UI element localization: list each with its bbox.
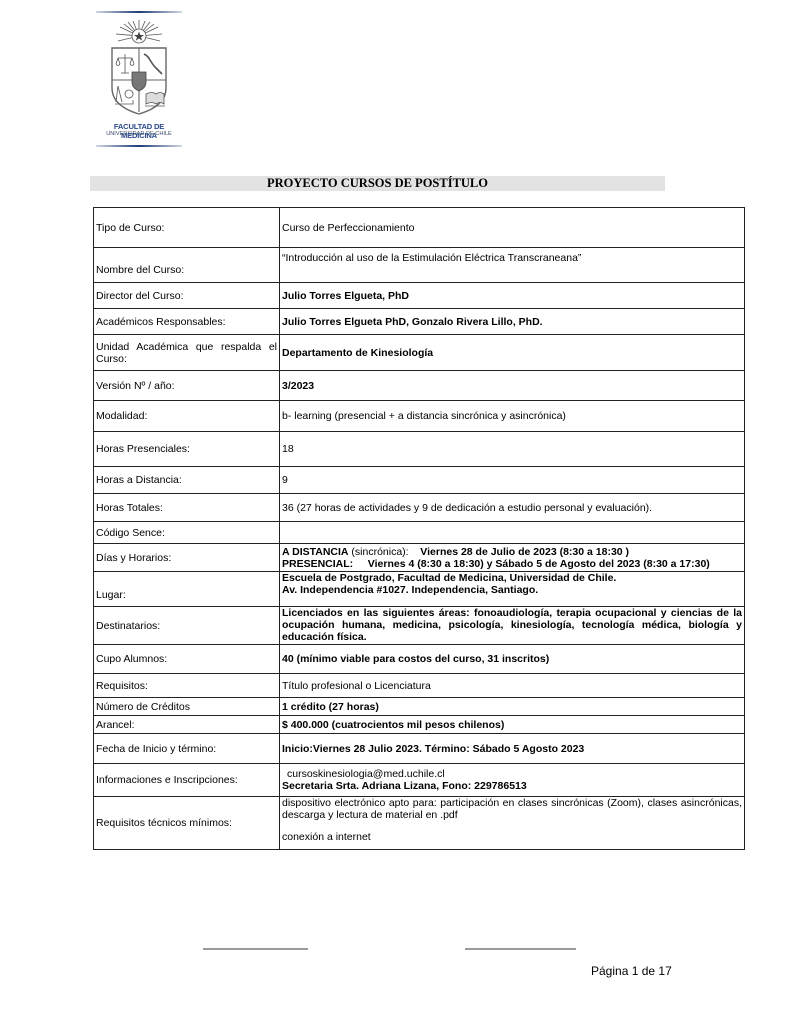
row-label: Tipo de Curso:: [94, 208, 280, 248]
location-value: Escuela de Postgrado, Facultad de Medici…: [280, 572, 745, 607]
table-row: Horas Presenciales: 18: [94, 432, 745, 467]
row-value: Julio Torres Elgueta, PhD: [280, 283, 745, 309]
logo-top-rule: [96, 11, 182, 13]
row-label: Unidad Académica que respalda el Curso:: [94, 335, 280, 371]
row-value: 3/2023: [280, 371, 745, 401]
contact-email[interactable]: cursoskinesiologia@med.uchile.cl: [282, 768, 742, 780]
logo-bottom-rule: [96, 145, 182, 147]
university-crest-icon: [106, 18, 172, 118]
row-label: Nombre del Curso:: [94, 248, 280, 283]
table-row: Nombre del Curso: “Introducción al uso d…: [94, 248, 745, 283]
row-label: Destinatarios:: [94, 607, 280, 645]
table-row: Unidad Académica que respalda el Curso: …: [94, 335, 745, 371]
schedule-in-person: PRESENCIAL: Viernes 4 (8:30 a 18:30) y S…: [282, 558, 742, 570]
row-label: Arancel:: [94, 716, 280, 734]
university-name: UNIVERSIDAD DE CHILE: [96, 131, 182, 137]
table-row: Modalidad: b- learning (presencial + a d…: [94, 401, 745, 432]
table-row: Académicos Responsables: Julio Torres El…: [94, 309, 745, 335]
row-label: Fecha de Inicio y término:: [94, 734, 280, 764]
row-value: 36 (27 horas de actividades y 9 de dedic…: [280, 494, 745, 522]
row-label: Versión Nº / año:: [94, 371, 280, 401]
row-value: 1 crédito (27 horas): [280, 698, 745, 716]
row-value: Curso de Perfeccionamiento: [280, 208, 745, 248]
table-row: Código Sence:: [94, 522, 745, 544]
row-value: Inicio:Viernes 28 Julio 2023. Término: S…: [280, 734, 745, 764]
row-value: b- learning (presencial + a distancia si…: [280, 401, 745, 432]
signature-line-right: [465, 948, 576, 950]
row-label: Académicos Responsables:: [94, 309, 280, 335]
row-value: 9: [280, 467, 745, 494]
row-value: 18: [280, 432, 745, 467]
row-value: Título profesional o Licenciatura: [280, 674, 745, 698]
row-label: Lugar:: [94, 572, 280, 607]
contact-value: cursoskinesiologia@med.uchile.cl Secreta…: [280, 764, 745, 797]
row-value: Julio Torres Elgueta PhD, Gonzalo Rivera…: [280, 309, 745, 335]
row-value: Licenciados en las siguientes áreas: fon…: [280, 607, 745, 645]
row-label: Horas Presenciales:: [94, 432, 280, 467]
table-row: Días y Horarios: A DISTANCIA (sincrónica…: [94, 544, 745, 572]
row-value: [280, 522, 745, 544]
row-label: Cupo Alumnos:: [94, 645, 280, 674]
row-label: Requisitos:: [94, 674, 280, 698]
row-value: Departamento de Kinesiología: [280, 335, 745, 371]
contact-secretary: Secretaria Srta. Adriana Lizana, Fono: 2…: [282, 780, 742, 792]
table-row: Arancel: $ 400.000 (cuatrocientos mil pe…: [94, 716, 745, 734]
table-row: Tipo de Curso: Curso de Perfeccionamient…: [94, 208, 745, 248]
row-label: Informaciones e Inscripciones:: [94, 764, 280, 797]
schedule-distance: A DISTANCIA (sincrónica): Viernes 28 de …: [282, 546, 742, 558]
row-value: 40 (mínimo viable para costos del curso,…: [280, 645, 745, 674]
table-row: Horas Totales: 36 (27 horas de actividad…: [94, 494, 745, 522]
table-row: Número de Créditos 1 crédito (27 horas): [94, 698, 745, 716]
table-row: Lugar: Escuela de Postgrado, Facultad de…: [94, 572, 745, 607]
course-info-table: Tipo de Curso: Curso de Perfeccionamient…: [93, 207, 745, 850]
table-row: Destinatarios: Licenciados en las siguie…: [94, 607, 745, 645]
table-row: Director del Curso: Julio Torres Elgueta…: [94, 283, 745, 309]
table-row: Fecha de Inicio y término: Inicio:Vierne…: [94, 734, 745, 764]
document-title: PROYECTO CURSOS DE POSTÍTULO: [90, 176, 665, 191]
row-value: “Introducción al uso de la Estimulación …: [280, 248, 745, 283]
tech-requirements-value: dispositivo electrónico apto para: parti…: [280, 797, 745, 850]
row-label: Horas Totales:: [94, 494, 280, 522]
row-label: Requisitos técnicos mínimos:: [94, 797, 280, 850]
row-label: Modalidad:: [94, 401, 280, 432]
table-row: Horas a Distancia: 9: [94, 467, 745, 494]
row-label: Código Sence:: [94, 522, 280, 544]
row-value: $ 400.000 (cuatrocientos mil pesos chile…: [280, 716, 745, 734]
signature-line-left: [203, 948, 308, 950]
table-row: Requisitos técnicos mínimos: dispositivo…: [94, 797, 745, 850]
schedule-value: A DISTANCIA (sincrónica): Viernes 28 de …: [280, 544, 745, 572]
faculty-logo: FACULTAD DE MEDICINA UNIVERSIDAD DE CHIL…: [96, 10, 182, 148]
row-label: Número de Créditos: [94, 698, 280, 716]
table-row: Versión Nº / año: 3/2023: [94, 371, 745, 401]
row-label: Días y Horarios:: [94, 544, 280, 572]
table-row: Requisitos: Título profesional o Licenci…: [94, 674, 745, 698]
table-row: Informaciones e Inscripciones: cursoskin…: [94, 764, 745, 797]
page-number: Página 1 de 17: [591, 964, 672, 978]
row-label: Director del Curso:: [94, 283, 280, 309]
row-label: Horas a Distancia:: [94, 467, 280, 494]
document-title-bar: PROYECTO CURSOS DE POSTÍTULO: [90, 176, 665, 191]
table-row: Cupo Alumnos: 40 (mínimo viable para cos…: [94, 645, 745, 674]
